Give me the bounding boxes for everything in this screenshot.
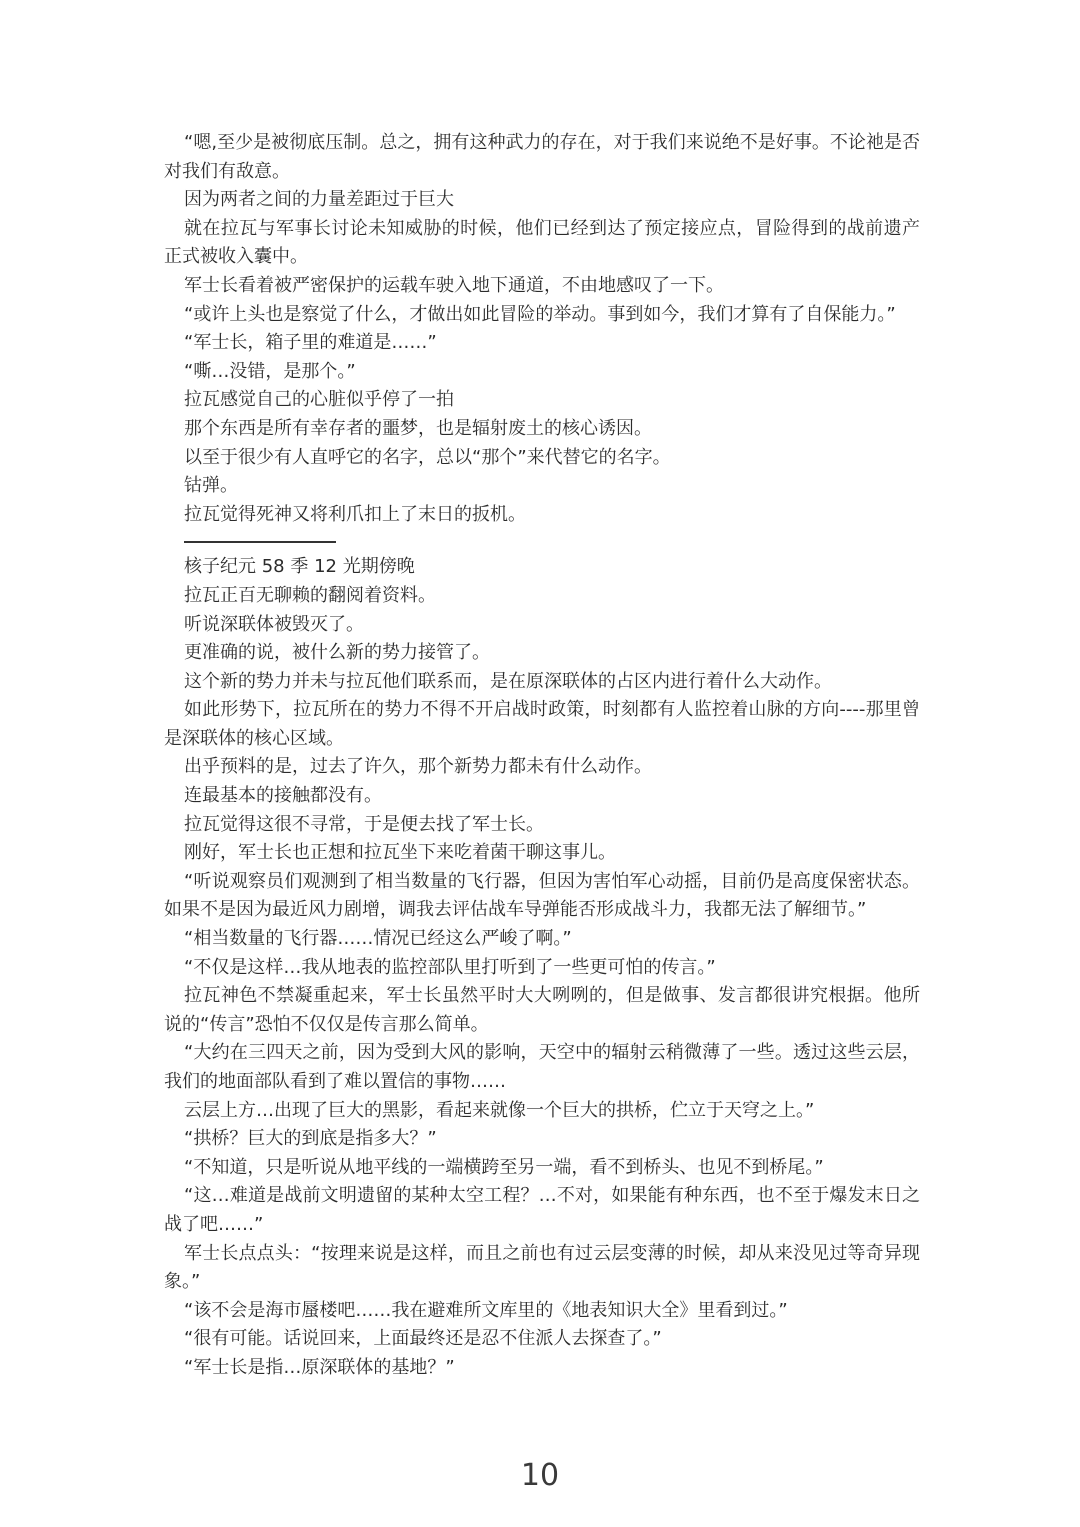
paragraph: “军士长是指…原深联体的基地？”	[164, 1354, 920, 1383]
paragraph: 连最基本的接触都没有。	[164, 782, 920, 811]
paragraph: 就在拉瓦与军事长讨论未知威胁的时候，他们已经到达了预定接应点，冒险得到的战前遗产…	[164, 215, 920, 272]
paragraph: “大约在三四天之前，因为受到大风的影响，天空中的辐射云稍微薄了一些。透过这些云层…	[164, 1039, 920, 1096]
paragraph: “听说观察员们观测到了相当数量的飞行器，但因为害怕军心动摇，目前仍是高度保密状态…	[164, 868, 920, 925]
page-body: “嗯,至少是被彻底压制。总之，拥有这种武力的存在，对于我们来说绝不是好事。不论祂…	[164, 129, 920, 1383]
paragraph: 以至于很少有人直呼它的名字，总以“那个”来代替它的名字。	[164, 444, 920, 473]
paragraph: “拱桥？巨大的到底是指多大？”	[164, 1125, 920, 1154]
paragraph: 军士长看着被严密保护的运载车驶入地下通道，不由地感叹了一下。	[164, 272, 920, 301]
paragraph: 更准确的说，被什么新的势力接管了。	[164, 639, 920, 668]
paragraph: 拉瓦神色不禁凝重起来，军士长虽然平时大大咧咧的，但是做事、发言都很讲究根据。他所…	[164, 982, 920, 1039]
paragraph: 这个新的势力并未与拉瓦他们联系而，是在原深联体的占区内进行着什么大动作。	[164, 668, 920, 697]
paragraph: “嘶…没错，是那个。”	[164, 358, 920, 387]
paragraph: “或许上头也是察觉了什么，才做出如此冒险的举动。事到如今，我们才算有了自保能力。…	[164, 301, 920, 330]
paragraph: 出乎预料的是，过去了许久，那个新势力都未有什么动作。	[164, 753, 920, 782]
paragraph: “军士长，箱子里的难道是……”	[164, 329, 920, 358]
paragraph: 钴弹。	[164, 472, 920, 501]
paragraph: 刚好，军士长也正想和拉瓦坐下来吃着菌干聊这事儿。	[164, 839, 920, 868]
paragraph: “该不会是海市蜃楼吧……我在避难所文库里的《地表知识大全》里看到过。”	[164, 1297, 920, 1326]
paragraph: 那个东西是所有幸存者的噩梦，也是辐射废土的核心诱因。	[164, 415, 920, 444]
paragraph: “相当数量的飞行器……情况已经这么严峻了啊。”	[164, 925, 920, 954]
paragraph: 军士长点点头：“按理来说是这样，而且之前也有过云层变薄的时候，却从来没见过等奇异…	[164, 1240, 920, 1297]
paragraph: “嗯,至少是被彻底压制。总之，拥有这种武力的存在，对于我们来说绝不是好事。不论祂…	[164, 129, 920, 186]
paragraph: “这…难道是战前文明遗留的某种太空工程？…不对，如果能有种东西，也不至于爆发末日…	[164, 1182, 920, 1239]
paragraph: “很有可能。话说回来，上面最终还是忍不住派人去探查了。”	[164, 1325, 920, 1354]
paragraph: 拉瓦感觉自己的心脏似乎停了一拍	[164, 386, 920, 415]
paragraph: 因为两者之间的力量差距过于巨大	[164, 186, 920, 215]
paragraph: “不仅是这样…我从地表的监控部队里打听到了一些更可怕的传言。”	[164, 954, 920, 983]
section-date-heading: 核子纪元 58 季 12 光期傍晚	[164, 553, 920, 582]
section-divider	[184, 541, 336, 543]
paragraph: 听说深联体被毁灭了。	[164, 611, 920, 640]
paragraph: 如此形势下，拉瓦所在的势力不得不开启战时政策，时刻都有人监控着山脉的方向----…	[164, 696, 920, 753]
page-number: 10	[0, 1458, 1080, 1493]
paragraph: 拉瓦觉得死神又将利爪扣上了末日的扳机。	[164, 501, 920, 530]
paragraph: 拉瓦觉得这很不寻常，于是便去找了军士长。	[164, 811, 920, 840]
paragraph: 拉瓦正百无聊赖的翻阅着资料。	[164, 582, 920, 611]
paragraph: “不知道，只是听说从地平线的一端横跨至另一端，看不到桥头、也见不到桥尾。”	[164, 1154, 920, 1183]
paragraph: 云层上方…出现了巨大的黑影，看起来就像一个巨大的拱桥，伫立于天穹之上。”	[164, 1097, 920, 1126]
